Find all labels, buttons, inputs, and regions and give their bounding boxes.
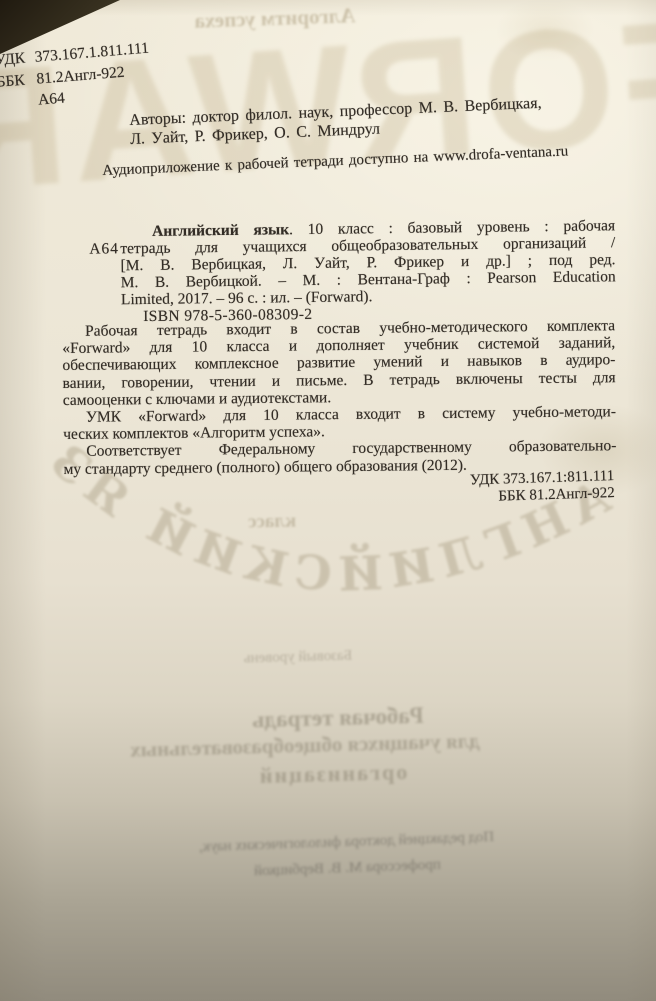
ghost-for-students-line: для учащихся общеобразовательных xyxy=(95,728,516,764)
ghost-editor-line2: профессора М. В. Вербицкой xyxy=(122,847,573,889)
ghost-editor-line1: Под редакцией доктора филологических нау… xyxy=(121,821,572,863)
authors-note: Авторы: доктор филол. наук, профессор М.… xyxy=(129,93,590,149)
ghost-level-line: Базовый уровень xyxy=(235,647,361,667)
audio-supplement-note: Аудиоприложение к рабочей тетради доступ… xyxy=(102,142,602,180)
top-classification-codes: УДК373.167.1.811.111 ББК81.2Англ-922 А64 xyxy=(0,38,153,115)
bbk-value: 81.2Англ-922 xyxy=(36,63,125,87)
ghost-editor-note: Под редакцией доктора филологических нау… xyxy=(121,821,573,889)
catalog-title-bold: Английский язык xyxy=(152,221,289,240)
ghost-brand-series: Алгоритм успеха xyxy=(172,2,379,34)
ghost-organizations-line: организаций xyxy=(225,758,441,790)
annotation-block: Рабочая тетрадь входит в состав учебно-м… xyxy=(62,317,617,478)
ghost-class-word: класс xyxy=(226,510,318,534)
catalog-code-margin: А64 xyxy=(89,240,119,257)
catalog-entry-block: Английский язык. 10 класс : базовый уров… xyxy=(62,217,616,326)
ghost-workbook-title: Рабочая тетрадь xyxy=(222,702,455,734)
bottom-classification-codes: УДК 373.167.1:811.111 ББК 81.2Англ-922 xyxy=(380,468,615,508)
bbk-label: ББК xyxy=(0,68,37,93)
book-imprint-page-photo: FORWARD Алгоритм успеха АНГЛИЙСКИЙ ЯЗЫК … xyxy=(0,0,656,1001)
